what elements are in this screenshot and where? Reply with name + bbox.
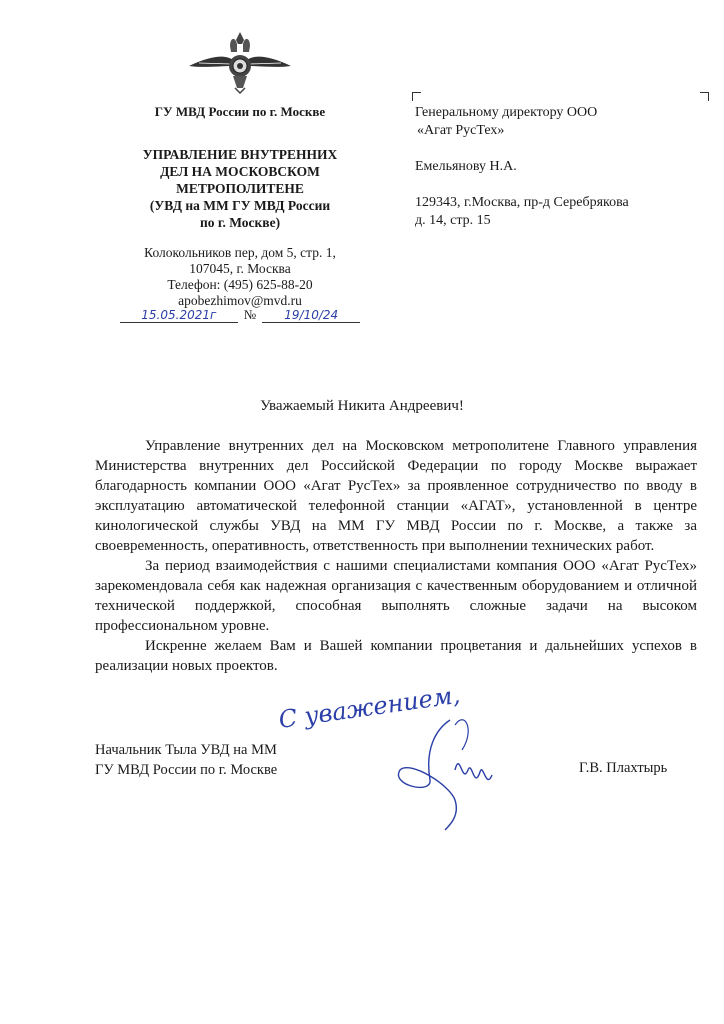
number-sign: №: [244, 307, 256, 323]
mvd-emblem-icon: [185, 30, 295, 94]
recipient-block: Генеральному директору ООО «Агат РусТех»…: [415, 104, 715, 230]
signer-position-line: ГУ МВД России по г. Москве: [95, 760, 277, 780]
department-name: УПРАВЛЕНИЕ ВНУТРЕННИХ ДЕЛ НА МОСКОВСКОМ …: [100, 146, 380, 231]
letter-body: Управление внутренних дел на Московском …: [95, 436, 697, 676]
department-line: ДЕЛ НА МОСКОВСКОМ: [100, 163, 380, 180]
body-paragraph: За период взаимодействия с нашими специа…: [95, 556, 697, 636]
recipient-company: «Агат РусТех»: [415, 122, 715, 140]
department-line: (УВД на ММ ГУ МВД России: [100, 197, 380, 214]
organization-name: ГУ МВД России по г. Москве: [100, 104, 380, 120]
registration-date: 15.05.2021г: [120, 308, 238, 323]
phone-line: Телефон: (495) 625-88-20: [100, 277, 380, 293]
department-line: МЕТРОПОЛИТЕНЕ: [100, 180, 380, 197]
body-paragraph: Искренне желаем Вам и Вашей компании про…: [95, 636, 697, 676]
registration-line: 15.05.2021г № 19/10/24: [100, 307, 380, 323]
sender-address: Колокольников пер, дом 5, стр. 1, 107045…: [100, 245, 380, 293]
handwritten-signature-icon: С уважением,: [250, 690, 570, 840]
recipient-name: Емельянову Н.А.: [415, 158, 715, 176]
address-line: Колокольников пер, дом 5, стр. 1,: [100, 245, 380, 261]
greeting: Уважаемый Никита Андреевич!: [0, 398, 724, 415]
address-corner-mark-right: [700, 92, 709, 101]
letterhead: ГУ МВД России по г. Москве УПРАВЛЕНИЕ ВН…: [100, 30, 380, 323]
registration-number: 19/10/24: [262, 308, 360, 323]
department-line: УПРАВЛЕНИЕ ВНУТРЕННИХ: [100, 146, 380, 163]
body-paragraph: Управление внутренних дел на Московском …: [95, 436, 697, 556]
signer-name: Г.В. Плахтырь: [579, 760, 667, 777]
handwritten-closing: С уважением,: [277, 690, 462, 734]
signer-position-line: Начальник Тыла УВД на ММ: [95, 740, 277, 760]
address-line: 107045, г. Москва: [100, 261, 380, 277]
department-line: по г. Москве): [100, 214, 380, 231]
recipient-address-line: 129343, г.Москва, пр-д Серебрякова: [415, 194, 715, 212]
recipient-position: Генеральному директору ООО: [415, 104, 715, 122]
signer-position: Начальник Тыла УВД на ММ ГУ МВД России п…: [95, 740, 277, 780]
recipient-address-line: д. 14, стр. 15: [415, 212, 715, 230]
address-corner-mark-left: [412, 92, 421, 101]
